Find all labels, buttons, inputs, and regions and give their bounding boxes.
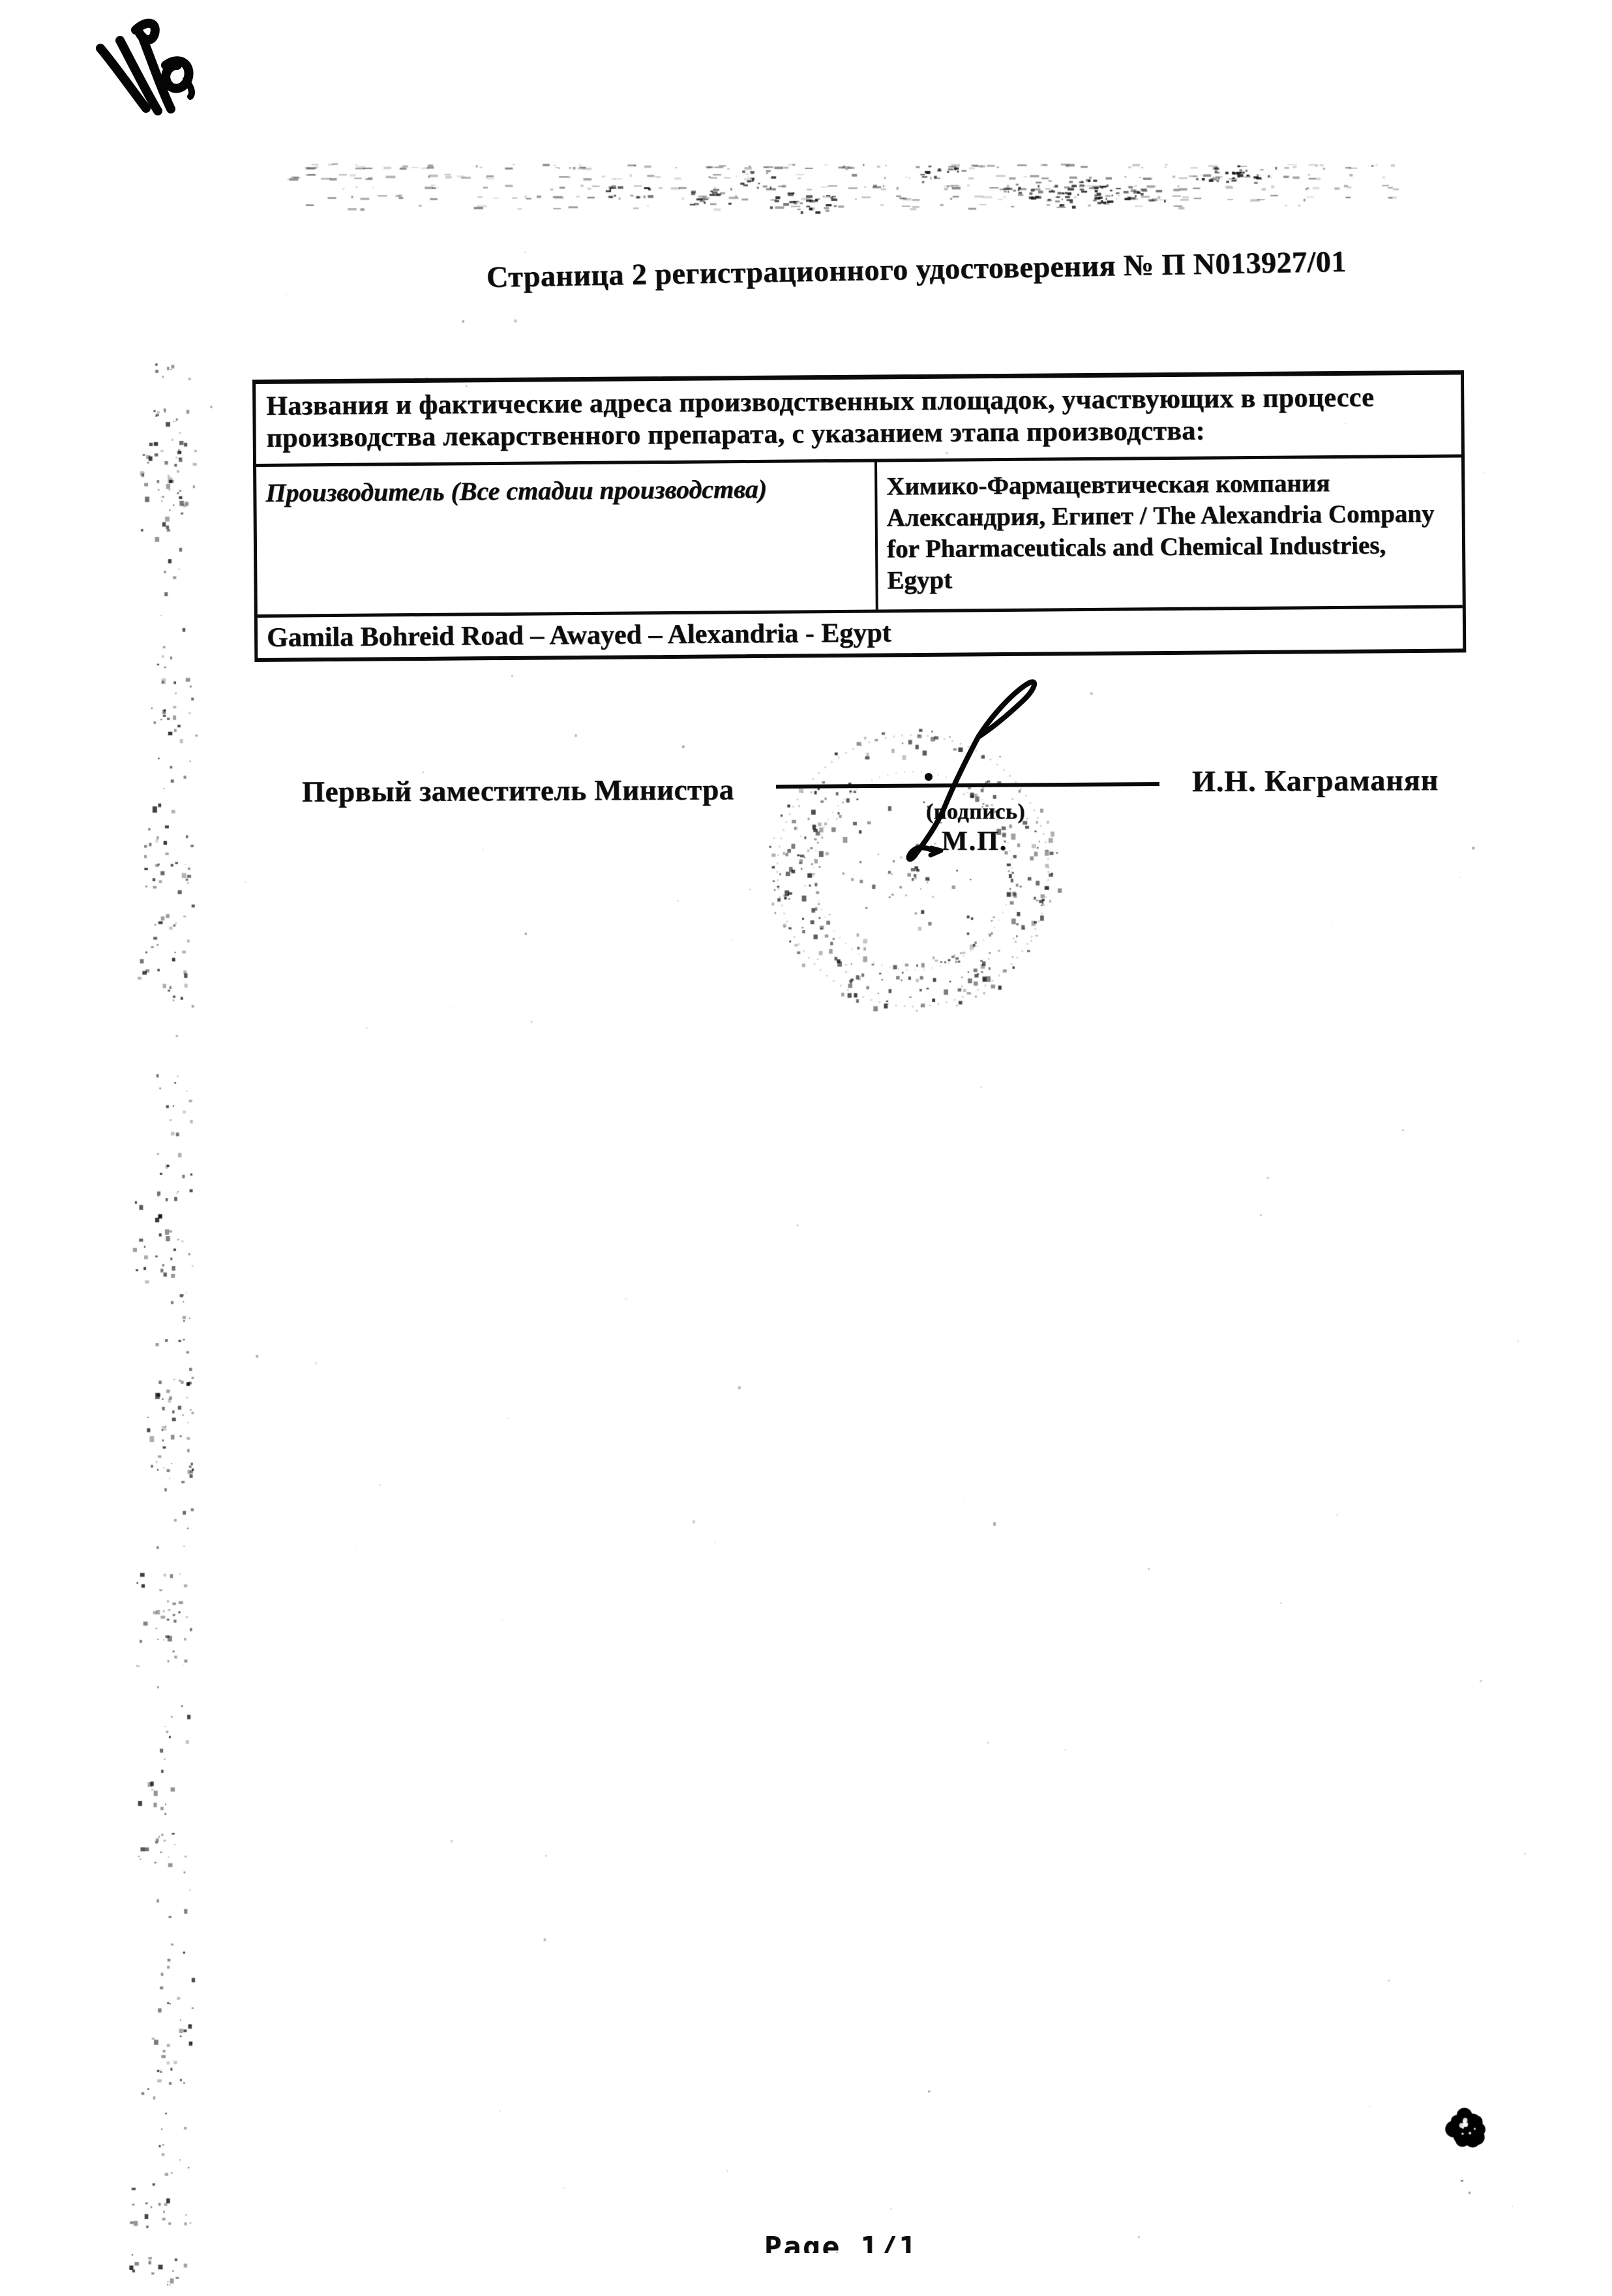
table-title: Названия и фактические адреса производст…	[256, 374, 1461, 467]
table-row-manufacturer: Производитель (Все стадии производства) …	[256, 457, 1463, 618]
table-row-address: Gamila Bohreid Road – Awayed – Alexandri…	[258, 608, 1463, 658]
seal-place-mark: М.П.	[942, 826, 1007, 857]
signatory-position-title: Первый заместитель Министра	[302, 772, 734, 808]
page-footer: Page 1/1	[764, 2233, 918, 2253]
signature-caption: (подпись)	[926, 800, 1025, 824]
manufacturing-sites-table: Названия и фактические адреса производст…	[252, 370, 1466, 662]
page-header: Страница 2 регистрационного удостоверени…	[486, 244, 1347, 294]
document-content: Страница 2 регистрационного удостоверени…	[0, 0, 1612, 2296]
manufacturer-label-cell: Производитель (Все стадии производства)	[256, 462, 876, 614]
scanned-document-page: { "document": { "page_header": "Страница…	[0, 0, 1612, 2296]
signer-name: И.Н. Каграманян	[1192, 763, 1439, 798]
manufacturer-value-cell: Химико-Фармацевтическая компания Алексан…	[874, 457, 1463, 609]
